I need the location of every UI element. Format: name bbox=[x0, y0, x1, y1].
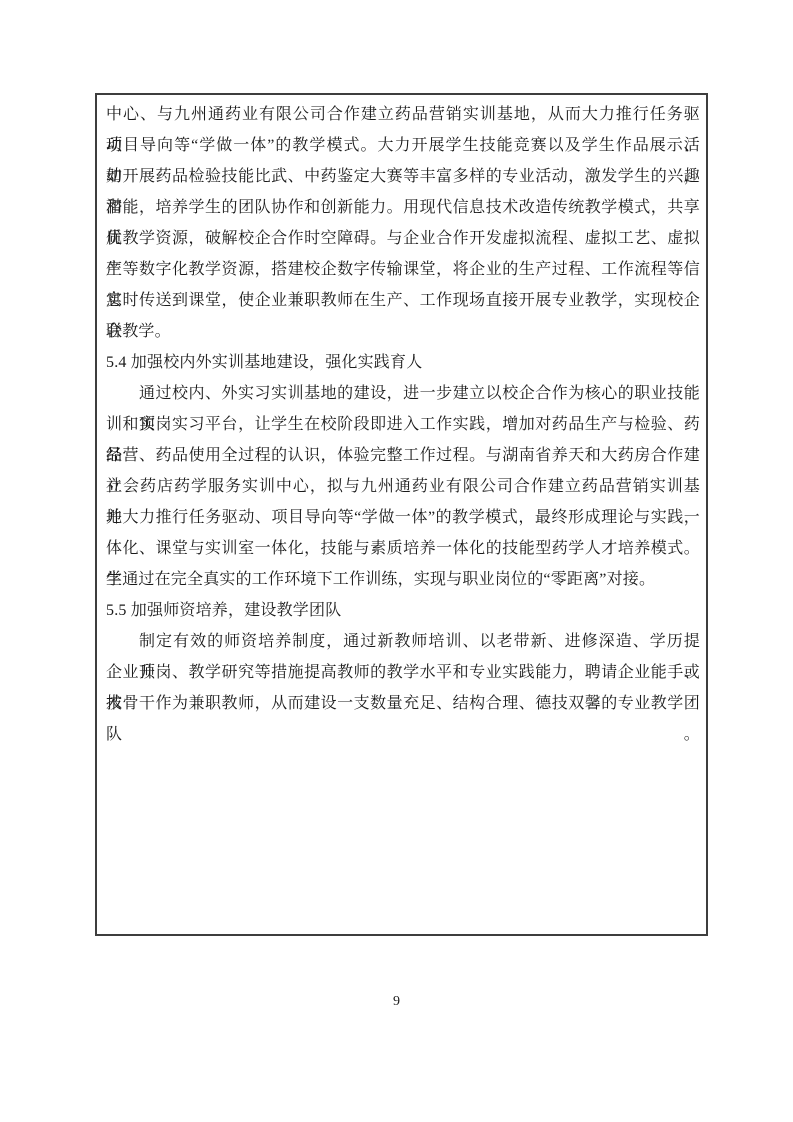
doc-line: 中心、与九州通药业有限公司合作建立药品营销实训基地，从而大力推行任务驱动、 bbox=[106, 99, 700, 130]
doc-line: 并大力推行任务驱动、项目导向等“学做一体”的教学模式，最终形成理论与实践一 bbox=[106, 502, 700, 533]
page-footer: 9 bbox=[0, 992, 793, 1010]
doc-line: 训和顶岗实习平台，让学生在校阶段即进入工作实践，增加对药品生产与检验、药品 bbox=[106, 409, 700, 440]
doc-line: 合教学。 bbox=[106, 316, 700, 347]
doc-line: 如开展药品检验技能比武、中药鉴定大赛等丰富多样的专业活动，激发学生的兴趣和 bbox=[106, 161, 700, 192]
section-heading-5-5: 5.5 加强师资培养，建设教学团队 bbox=[106, 595, 700, 626]
doc-line: 产等数字化教学资源，搭建校企数字传输课堂，将企业的生产过程、工作流程等信息 bbox=[106, 254, 700, 285]
document-page: 中心、与九州通药业有限公司合作建立药品营销实训基地，从而大力推行任务驱动、 项目… bbox=[0, 0, 793, 1122]
doc-line: 企业顶岗、教学研究等措施提高教师的教学水平和专业实践能力，聘请企业能手或技 bbox=[106, 657, 700, 688]
table-cell-border: 中心、与九州通药业有限公司合作建立药品营销实训基地，从而大力推行任务驱动、 项目… bbox=[95, 93, 708, 936]
doc-line: 实时传送到课堂，使企业兼职教师在生产、工作现场直接开展专业教学，实现校企联 bbox=[106, 285, 700, 316]
doc-line: 生通过在完全真实的工作环境下工作训练，实现与职业岗位的“零距离”对接。 bbox=[106, 564, 700, 595]
section-heading-5-4: 5.4 加强校内外实训基地建设，强化实践育人 bbox=[106, 347, 700, 378]
page-number: 9 bbox=[393, 994, 400, 1009]
document-body-text: 中心、与九州通药业有限公司合作建立药品营销实训基地，从而大力推行任务驱动、 项目… bbox=[97, 95, 706, 719]
doc-line: 制定有效的师资培养制度，通过新教师培训、以老带新、进修深造、学历提升、 bbox=[106, 626, 700, 657]
doc-line: 术骨干作为兼职教师，从而建设一支数量充足、结构合理、德技双馨的专业教学团队。 bbox=[106, 688, 700, 719]
doc-line: 体化、课堂与实训室一体化，技能与素质培养一体化的技能型药学人才培养模式。学 bbox=[106, 533, 700, 564]
doc-line: 通过校内、外实习实训基地的建设，进一步建立以校企合作为核心的职业技能实 bbox=[106, 378, 700, 409]
doc-line: 项目导向等“学做一体”的教学模式。大力开展学生技能竞赛以及学生作品展示活动， bbox=[106, 130, 700, 161]
doc-line: 质教学资源，破解校企合作时空障碍。与企业合作开发虚拟流程、虚拟工艺、虚拟生 bbox=[106, 223, 700, 254]
doc-line: 潜能，培养学生的团队协作和创新能力。用现代信息技术改造传统教学模式，共享优 bbox=[106, 192, 700, 223]
doc-line: 社会药店药学服务实训中心，拟与九州通药业有限公司合作建立药品营销实训基地， bbox=[106, 471, 700, 502]
doc-line: 经营、药品使用全过程的认识，体验完整工作过程。与湖南省养天和大药房合作建立 bbox=[106, 440, 700, 471]
